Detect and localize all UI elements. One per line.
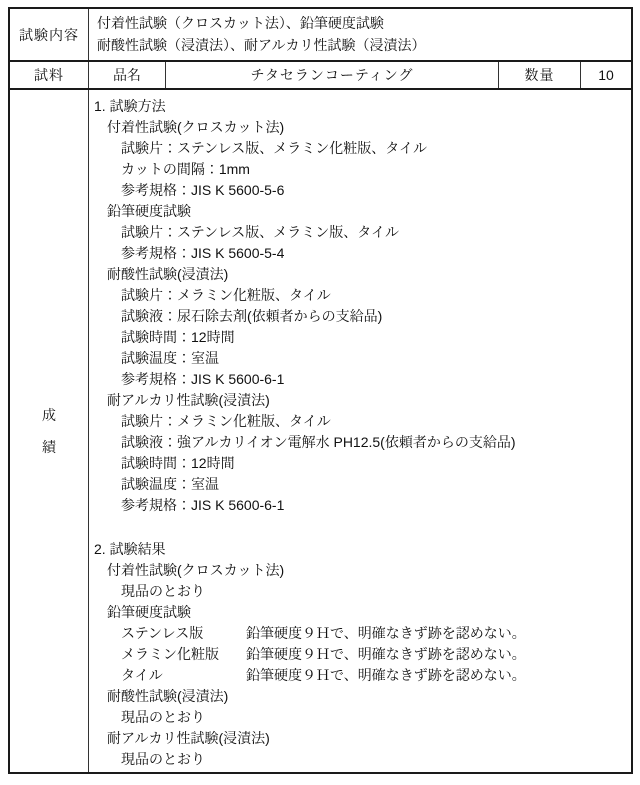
test-report-table: 試験内容 付着性試験（クロスカット法）、鉛筆硬度試験 耐酸性試験（浸漬法）、耐ア… bbox=[8, 7, 633, 774]
body-line: 鉛筆硬度試験 bbox=[89, 602, 631, 623]
body-line: 参考規格：JIS K 5600-6-1 bbox=[89, 369, 631, 390]
test-content-cell: 付着性試験（クロスカット法）、鉛筆硬度試験 耐酸性試験（浸漬法）、耐アルカリ性試… bbox=[89, 9, 631, 60]
results-label-char1: 成 bbox=[42, 405, 56, 425]
specimen-name: メラミン化粧版 bbox=[121, 644, 246, 665]
body-line: 付着性試験(クロスカット法) bbox=[89, 560, 631, 581]
body-line: 試験温度：室温 bbox=[89, 348, 631, 369]
body-line: 参考規格：JIS K 5600-5-6 bbox=[89, 180, 631, 201]
quantity-value: 10 bbox=[581, 62, 631, 88]
body-line: 耐アルカリ性試験(浸漬法) bbox=[89, 390, 631, 411]
body-line: タイル鉛筆硬度９Ｈで、明確なきず跡を認めない。 bbox=[89, 665, 631, 686]
body-line: 1. 試験方法 bbox=[89, 96, 631, 117]
test-content-line2: 耐酸性試験（浸漬法）、耐アルカリ性試験（浸漬法） bbox=[97, 36, 425, 55]
product-name-label: 品名 bbox=[89, 62, 166, 88]
body-line: 試験温度：室温 bbox=[89, 474, 631, 495]
body-line: 現品のとおり bbox=[89, 581, 631, 602]
body-line: 試験片：メラミン化粧版、タイル bbox=[89, 285, 631, 306]
quantity-label: 数量 bbox=[499, 62, 581, 88]
body-line: 参考規格：JIS K 5600-6-1 bbox=[89, 495, 631, 516]
body-line: 試験時間：12時間 bbox=[89, 327, 631, 348]
body-line: 試験片：ステンレス版、メラミン版、タイル bbox=[89, 222, 631, 243]
body-line: 試験片：メラミン化粧版、タイル bbox=[89, 411, 631, 432]
result-text: 鉛筆硬度９Ｈで、明確なきず跡を認めない。 bbox=[246, 625, 526, 641]
product-name-value: チタセランコーティング bbox=[166, 62, 499, 88]
results-body: 1. 試験方法付着性試験(クロスカット法)試験片：ステンレス版、メラミン化粧版、… bbox=[89, 90, 631, 772]
body-line: 現品のとおり bbox=[89, 749, 631, 770]
body-line: 2. 試験結果 bbox=[89, 539, 631, 560]
body-line: 耐酸性試験(浸漬法) bbox=[89, 686, 631, 707]
body-line: 鉛筆硬度試験 bbox=[89, 201, 631, 222]
results-row: 成 績 1. 試験方法付着性試験(クロスカット法)試験片：ステンレス版、メラミン… bbox=[10, 90, 631, 772]
body-line: 現品のとおり bbox=[89, 707, 631, 728]
body-line: 試験時間：12時間 bbox=[89, 453, 631, 474]
result-text: 鉛筆硬度９Ｈで、明確なきず跡を認めない。 bbox=[246, 667, 526, 683]
results-label-char2: 績 bbox=[42, 437, 56, 457]
sample-label: 試料 bbox=[10, 62, 89, 88]
body-line: メラミン化粧版鉛筆硬度９Ｈで、明確なきず跡を認めない。 bbox=[89, 644, 631, 665]
specimen-name: タイル bbox=[121, 665, 246, 686]
body-line: カットの間隔：1mm bbox=[89, 159, 631, 180]
body-line: 付着性試験(クロスカット法) bbox=[89, 117, 631, 138]
sample-row: 試料 品名 チタセランコーティング 数量 10 bbox=[10, 62, 631, 90]
body-line: 参考規格：JIS K 5600-5-4 bbox=[89, 243, 631, 264]
body-line: 試験液：尿石除去剤(依頼者からの支給品) bbox=[89, 306, 631, 327]
body-line: ステンレス版鉛筆硬度９Ｈで、明確なきず跡を認めない。 bbox=[89, 623, 631, 644]
result-text: 鉛筆硬度９Ｈで、明確なきず跡を認めない。 bbox=[246, 646, 526, 662]
test-content-label: 試験内容 bbox=[10, 9, 89, 60]
test-content-row: 試験内容 付着性試験（クロスカット法）、鉛筆硬度試験 耐酸性試験（浸漬法）、耐ア… bbox=[10, 9, 631, 62]
test-content-line1: 付着性試験（クロスカット法）、鉛筆硬度試験 bbox=[97, 14, 384, 33]
body-line: 耐アルカリ性試験(浸漬法) bbox=[89, 728, 631, 749]
section-spacer bbox=[89, 516, 631, 539]
body-line: 試験液：強アルカリイオン電解水 PH12.5(依頼者からの支給品) bbox=[89, 432, 631, 453]
body-line: 試験片：ステンレス版、メラミン化粧版、タイル bbox=[89, 138, 631, 159]
body-line: 耐酸性試験(浸漬法) bbox=[89, 264, 631, 285]
results-label: 成 績 bbox=[10, 90, 89, 772]
specimen-name: ステンレス版 bbox=[121, 623, 246, 644]
